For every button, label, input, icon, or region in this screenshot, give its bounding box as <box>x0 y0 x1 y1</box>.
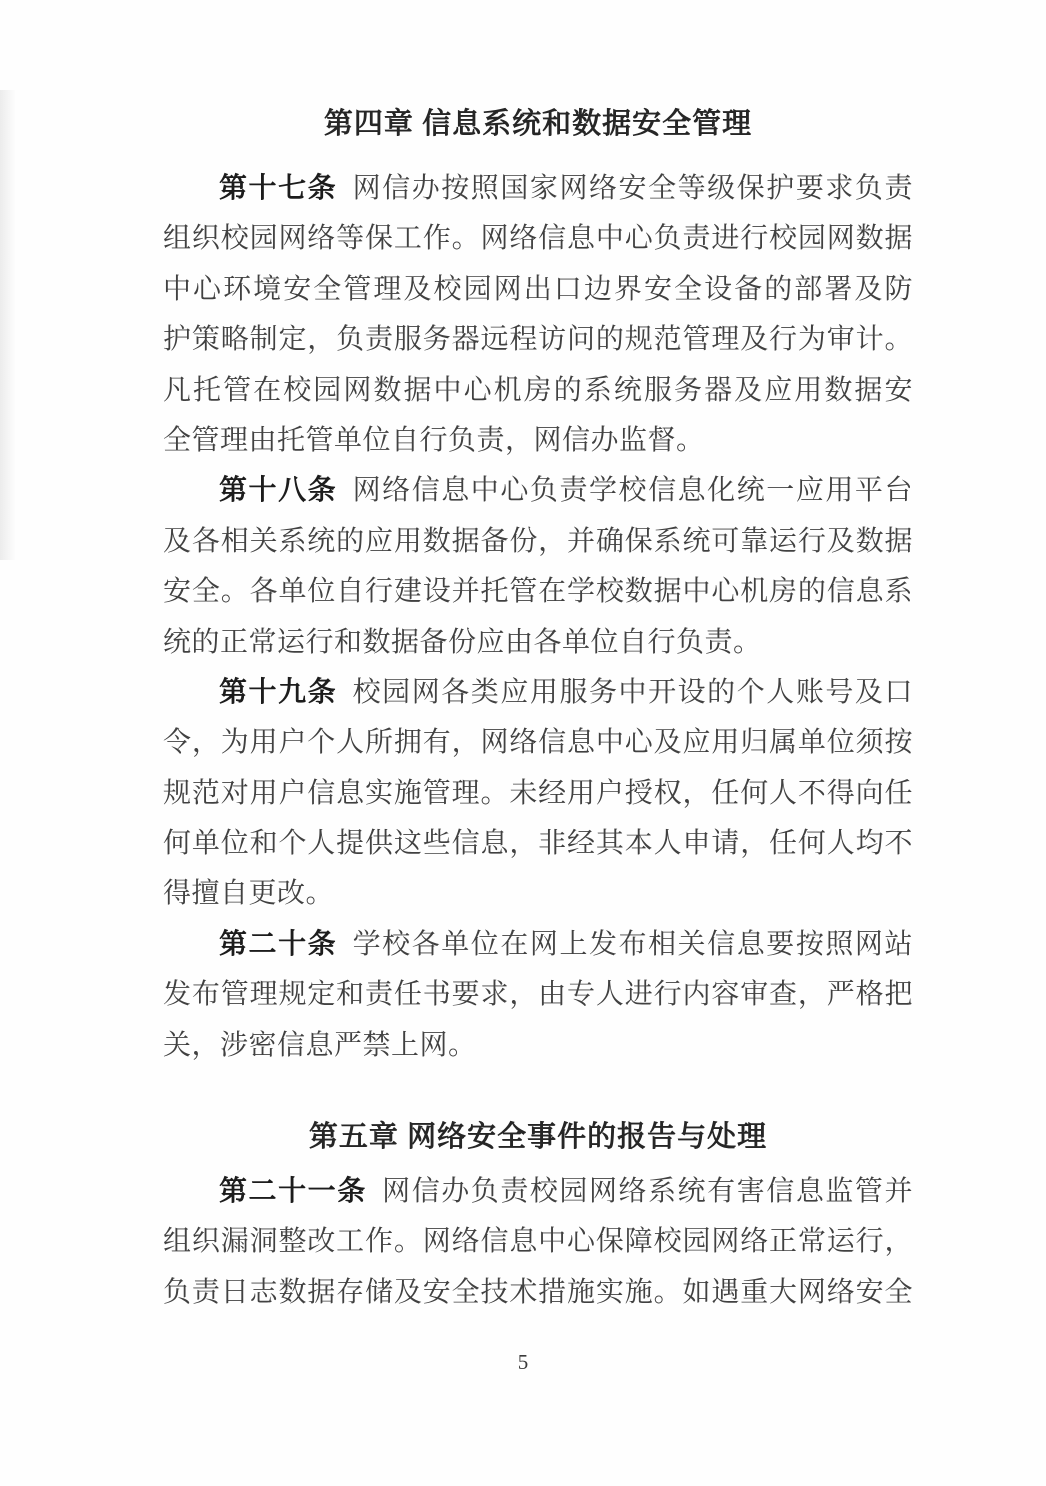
article-text: 网信办负责校园网络系统有害信息监管并 <box>382 1176 913 1207</box>
article-text: 网络信息中心负责学校信息化统一应用平台 <box>353 475 913 506</box>
text-line: 第十七条网信办按照国家网络安全等级保护要求负责 <box>163 164 913 214</box>
text-line: 何单位和个人提供这些信息，非经其本人申请，任何人均不 <box>163 819 913 869</box>
text-line: 安全。各单位自行建设并托管在学校数据中心机房的信息系 <box>163 567 913 617</box>
text-line: 第十九条校园网各类应用服务中开设的个人账号及口 <box>163 668 913 718</box>
scan-artifact <box>0 90 16 560</box>
article-number: 第二十条 <box>219 929 337 960</box>
text-line: 发布管理规定和责任书要求，由专人进行内容审查，严格把 <box>163 970 913 1020</box>
text-line: 得擅自更改。 <box>163 869 913 919</box>
text-line: 负责日志数据存储及安全技术措施实施。如遇重大网络安全 <box>163 1268 913 1318</box>
chapter-heading: 第五章 网络安全事件的报告与处理 <box>163 1111 913 1163</box>
text-line: 凡托管在校园网数据中心机房的系统服务器及应用数据安 <box>163 366 913 416</box>
text-line: 关，涉密信息严禁上网。 <box>163 1021 913 1071</box>
article-text: 学校各单位在网上发布相关信息要按照网站 <box>353 929 913 960</box>
article-number: 第十九条 <box>219 677 337 708</box>
text-line: 第二十条学校各单位在网上发布相关信息要按照网站 <box>163 920 913 970</box>
text-line: 统的正常运行和数据备份应由各单位自行负责。 <box>163 618 913 668</box>
article-text: 校园网各类应用服务中开设的个人账号及口 <box>353 677 913 708</box>
article-text: 网信办按照国家网络安全等级保护要求负责 <box>353 173 913 204</box>
text-line: 全管理由托管单位自行负责，网信办监督。 <box>163 416 913 466</box>
text-line: 组织校园网络等保工作。网络信息中心负责进行校园网数据 <box>163 214 913 264</box>
text-line: 第十八条网络信息中心负责学校信息化统一应用平台 <box>163 466 913 516</box>
text-line: 组织漏洞整改工作。网络信息中心保障校园网络正常运行， <box>163 1217 913 1267</box>
text-line: 中心环境安全管理及校园网出口边界安全设备的部署及防 <box>163 265 913 315</box>
chapter-heading: 第四章 信息系统和数据安全管理 <box>163 98 913 150</box>
document-body: 第四章 信息系统和数据安全管理第十七条网信办按照国家网络安全等级保护要求负责组织… <box>163 98 913 1318</box>
page-number: 5 <box>0 1350 1046 1375</box>
text-line: 令，为用户个人所拥有，网络信息中心及应用归属单位须按 <box>163 718 913 768</box>
article-number: 第十八条 <box>219 475 337 506</box>
text-line: 及各相关系统的应用数据备份，并确保系统可靠运行及数据 <box>163 517 913 567</box>
document-page: 第四章 信息系统和数据安全管理第十七条网信办按照国家网络安全等级保护要求负责组织… <box>0 0 1046 1486</box>
article-number: 第十七条 <box>219 173 337 204</box>
text-line: 规范对用户信息实施管理。未经用户授权，任何人不得向任 <box>163 769 913 819</box>
text-line: 第二十一条网信办负责校园网络系统有害信息监管并 <box>163 1167 913 1217</box>
text-line: 护策略制定，负责服务器远程访问的规范管理及行为审计。 <box>163 315 913 365</box>
article-number: 第二十一条 <box>219 1176 367 1207</box>
